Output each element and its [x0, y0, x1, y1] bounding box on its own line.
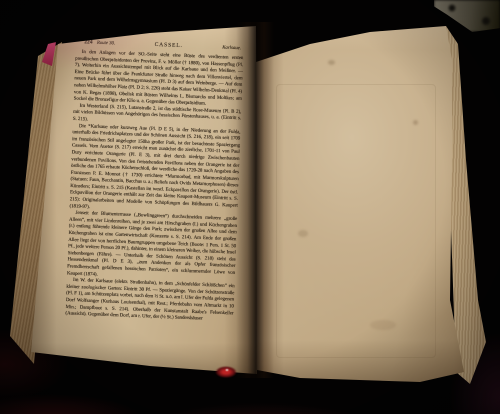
page-stain — [413, 120, 418, 125]
page-impression-outline — [276, 84, 436, 358]
book-photograph: 224 Route 30. CASSEL. Karlsaue. In den A… — [0, 0, 500, 414]
paragraph-3: Die *Karlsaue oder kurzweg Aue (Pl. D E … — [69, 122, 240, 216]
paragraph-1: In den Anlagen vor der SO.-Seite steht e… — [74, 48, 244, 108]
right-page-blank — [250, 20, 476, 388]
red-bookmark-spot — [215, 366, 237, 378]
paragraph-5: Im W. der Karlsaue (elektr. Straßenbahn)… — [65, 277, 234, 324]
page-stain — [328, 60, 335, 65]
page-stain — [370, 320, 396, 330]
section-label: Karlsaue. — [222, 45, 241, 51]
left-page-text: 224 Route 30. CASSEL. Karlsaue. In den A… — [65, 38, 244, 323]
right-page-shading — [250, 20, 476, 388]
page-stain — [298, 230, 308, 237]
paragraph-4: Jenseit der Blumenterrasse („Bowlinggree… — [67, 210, 237, 284]
left-page: 224 Route 30. CASSEL. Karlsaue. In den A… — [26, 24, 262, 378]
route-label: Route 30. — [97, 40, 115, 46]
running-title: CASSEL. — [155, 41, 183, 48]
